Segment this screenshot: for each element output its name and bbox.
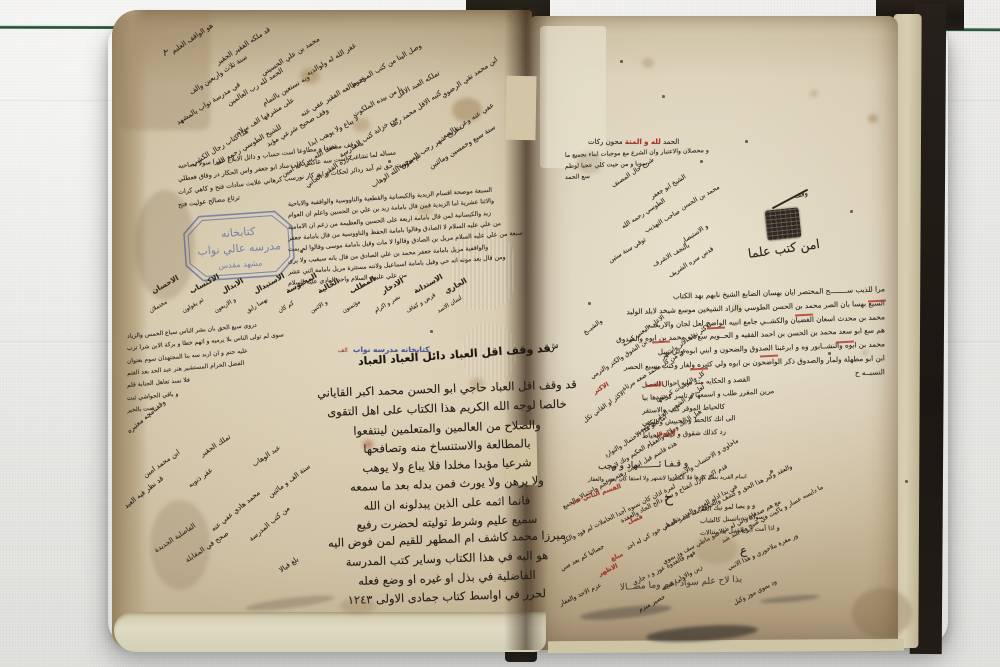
ink-speck — [770, 470, 773, 473]
ink-speck — [388, 160, 391, 163]
page-stain — [642, 58, 654, 68]
blue-note-red-mark: الف — [338, 347, 348, 354]
heading-tail: محون ركات — [588, 138, 623, 146]
page-stain — [576, 152, 602, 174]
ink-speck — [662, 95, 665, 98]
page-stain — [363, 440, 373, 449]
stamp-line-3: مشهد مقدس — [218, 258, 263, 270]
ink-speck — [700, 160, 703, 163]
page-stain — [135, 190, 195, 300]
page-stain — [470, 378, 484, 390]
ink-speck — [430, 330, 433, 333]
ink-speck — [905, 480, 908, 483]
stamp-line-1: كتابخانه — [220, 225, 256, 240]
right-page-pale-patch — [540, 26, 606, 168]
page-stain — [862, 350, 868, 356]
red-ink-word: القصد — [645, 381, 664, 389]
handwriting-right_page-heading_lines: سع الحمد — [565, 173, 590, 181]
black-seal-stamp — [765, 207, 802, 240]
page-stain — [340, 598, 376, 614]
page-stain — [418, 205, 432, 216]
stamp-line-2: مدرسه عالي نواب — [197, 239, 281, 258]
page-stain — [300, 68, 320, 84]
page-stain — [810, 90, 818, 97]
ink-speck — [745, 140, 748, 143]
ink-speck — [850, 210, 853, 213]
ink-speck — [620, 60, 623, 63]
page-stain — [352, 118, 370, 132]
right-page-bottom-leaf — [548, 639, 904, 653]
right-heading: الحمد لله و المنة محون ركات — [588, 138, 679, 146]
left-page-bottom-leaf — [114, 612, 546, 652]
page-stain — [852, 588, 912, 638]
ink-speck — [828, 352, 831, 355]
page-stain — [150, 500, 210, 590]
page-stain — [733, 304, 741, 311]
manuscript-photo: ٢ كتابخانه مدرسه عالي نواب مشهد مقدس كتا… — [0, 0, 1000, 667]
gutter-tape-top — [505, 76, 536, 141]
ink-speck — [588, 302, 591, 305]
page-stain — [452, 98, 482, 122]
heading-red: لله و المنة — [625, 138, 661, 146]
ink-speck — [300, 250, 303, 253]
heading-lead: الحمد — [663, 138, 679, 146]
page-stain — [868, 114, 878, 123]
page-stain — [694, 534, 738, 564]
left-page-number: ٢ — [163, 48, 168, 59]
